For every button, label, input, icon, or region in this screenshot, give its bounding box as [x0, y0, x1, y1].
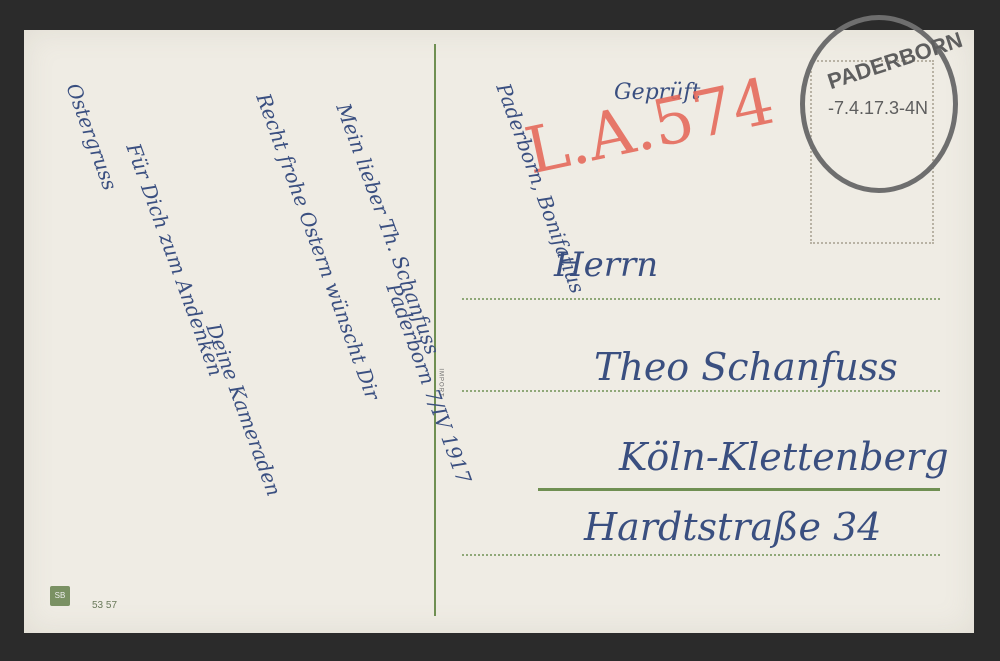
publisher-logo: SB — [50, 586, 70, 606]
address-city: Köln-Klettenberg — [619, 435, 949, 479]
address-line — [462, 298, 940, 300]
address-line — [462, 390, 940, 392]
postmark-date: -7.4.17.3-4N — [828, 98, 928, 119]
address-street: Hardtstraße 34 — [584, 505, 881, 549]
message-line: Ostergruss — [61, 80, 122, 193]
address-line — [462, 554, 940, 556]
message-line: Für Dich zum Andenken — [121, 140, 228, 379]
address-line — [538, 488, 940, 491]
address-name: Theo Schanfuss — [594, 345, 898, 389]
catalog-number: 53 57 — [92, 600, 117, 611]
